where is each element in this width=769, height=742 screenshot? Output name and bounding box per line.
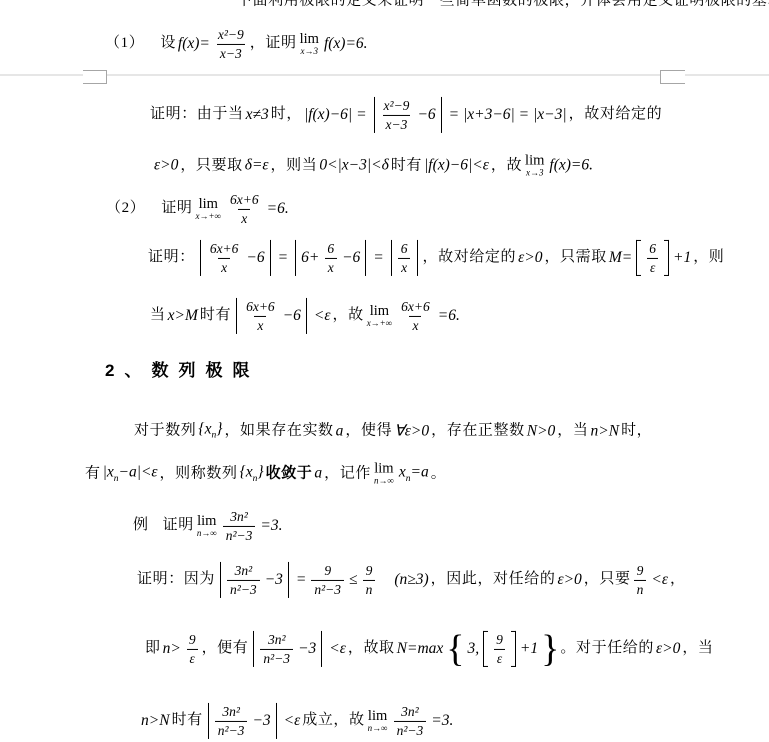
absolute-value-group: 3n² n²−3 −3 [217, 562, 292, 598]
item-1-statement: （1） 设 f(x)= x²−9 x−3 ，证明 lim x→3 f(x)=6. [105, 26, 370, 62]
fraction-numerator: 6 [398, 240, 411, 258]
bold-term: 收敛于 [266, 465, 313, 482]
fraction-denominator: x [325, 258, 337, 277]
fraction-denominator: x [218, 258, 230, 277]
math-text: M= [609, 249, 632, 267]
lim-word: lim [525, 154, 544, 169]
cn-text: ，只要取 [180, 157, 242, 174]
cn-text: ，当 [682, 640, 713, 657]
fraction-denominator: n²−3 [215, 721, 248, 740]
fraction: 3n² n²−3 [394, 703, 427, 739]
math-part: {x [198, 420, 211, 437]
cn-text: 证明 [163, 517, 194, 534]
abs-bar-right [276, 703, 277, 739]
math-text: |f(x)−6|<ε [424, 157, 489, 175]
fraction-denominator: n²−3 [223, 526, 256, 545]
fraction-denominator: n²−3 [227, 580, 260, 599]
abs-bar-right [321, 631, 322, 667]
fraction: 3n² n²−3 [215, 703, 248, 739]
cn-text: ，则 [693, 249, 724, 266]
math-part: {x [240, 463, 253, 480]
fraction-denominator: x−3 [383, 115, 411, 134]
absolute-value-group: 6x+6 x −6 [197, 240, 274, 276]
math-text: xn=a [399, 463, 429, 484]
margin-mark-right [660, 70, 685, 84]
item-2-statement: （2） 证明 lim x→+∞ 6x+6 x =6. [106, 191, 291, 227]
cn-text: 证明：由于当 [150, 106, 244, 123]
math-text: −3 [265, 571, 283, 589]
math-text: f(x)=6. [549, 157, 593, 175]
limit-operator: lim x→3 [525, 154, 544, 179]
cn-text: ，便有 [202, 640, 249, 657]
math-part: −a|<ε [119, 463, 158, 480]
math-part: } [216, 420, 222, 437]
lim-word: lim [300, 32, 319, 47]
math-text: {xn} [240, 463, 264, 484]
cn-text: ，存在正整数 [431, 422, 525, 439]
math-text: =6. [438, 307, 460, 325]
lim-subscript: x→+∞ [367, 319, 392, 328]
math-text: −6 [283, 307, 301, 325]
math-text: =6. [267, 200, 289, 218]
clipped-text: 下面利用极限的定义来证明一些简单函数的极限，并体会用定义证明极限的基本方法。 [237, 0, 769, 10]
math-text: 6+ [301, 249, 319, 267]
fraction: 9 n [634, 562, 647, 598]
fraction-numerator: 6x+6 [207, 240, 242, 258]
cn-text: 时有 [172, 712, 203, 729]
math-text: ε>0 [656, 640, 680, 658]
fraction: 9 n²−3 [311, 562, 344, 598]
abs-bar-left [374, 97, 375, 133]
math-text: −3 [252, 712, 270, 730]
math-text: ε>0 [518, 249, 542, 267]
fraction-denominator: x−3 [217, 44, 245, 63]
absolute-value-group: 3n² n²−3 −3 [205, 703, 280, 739]
math-text: = [278, 249, 288, 267]
math-text: a [336, 422, 344, 440]
fraction-denominator: x [254, 316, 266, 335]
page-break-line [0, 74, 769, 76]
cn-text: ，则当 [271, 157, 318, 174]
fraction-numerator: 3n² [227, 508, 251, 526]
math-text: +1 [673, 249, 691, 267]
math-text: N>0 [527, 422, 556, 440]
fraction-numerator: 3n² [219, 703, 243, 721]
absolute-value-group: x²−9 x−3 −6 [371, 97, 445, 133]
math-text: a [314, 465, 322, 483]
fraction-numerator: 6 [646, 240, 659, 258]
abs-bar-right [417, 240, 418, 276]
section-heading-text: 2、数列极限 [105, 361, 259, 381]
lim-word: lim [374, 462, 393, 477]
absolute-value-group: 6x+6 x −6 [233, 298, 310, 334]
lim-subscript: x→3 [301, 47, 319, 56]
absolute-value-group: 6 x [388, 240, 421, 276]
lim-subscript: x→+∞ [196, 212, 221, 221]
cn-text: 证明： [148, 249, 195, 266]
math-text: <ε [329, 640, 346, 658]
math-text: |f(x)−6| = [304, 106, 367, 124]
cn-text: 时有 [200, 307, 231, 324]
math-text: −6 [417, 106, 435, 124]
fraction: x²−9 x−3 [215, 26, 247, 62]
fraction-denominator: n [363, 580, 376, 599]
math-text: <ε [651, 571, 668, 589]
math-text: =3. [431, 712, 453, 730]
abs-bar-left [391, 240, 392, 276]
cn-text: 。 [431, 465, 447, 482]
fraction: 9 ε [186, 631, 199, 667]
fraction: 3n² n²−3 [227, 562, 260, 598]
math-text: n>N [591, 422, 620, 440]
fraction-denominator: x [409, 316, 421, 335]
abs-bar-left [200, 240, 201, 276]
cn-text: ，记作 [324, 465, 371, 482]
math-text: {xn} [198, 420, 222, 441]
abs-bar-right [365, 240, 366, 276]
cn-text: 证明：因为 [137, 571, 215, 588]
limit-operator: lim x→+∞ [367, 304, 392, 329]
math-text: 0<|x−3|<δ [319, 157, 389, 175]
proof2-line1: 证明： 6x+6 x −6 = 6+ 6 x −6 = 6 x [148, 240, 724, 276]
math-part: =a [411, 463, 429, 480]
proof3-line3: n>N 时有 3n² n²−3 −3 <ε 成立，故 lim n→∞ 3n² n… [139, 703, 455, 739]
fraction-denominator: ε [647, 258, 658, 277]
cn-text: 成立，故 [302, 712, 364, 729]
fraction-numerator: 6 [324, 240, 337, 258]
lim-word: lim [197, 514, 216, 529]
math-text: −6 [342, 249, 360, 267]
fraction: 6 x [324, 240, 337, 276]
fraction: x²−9 x−3 [381, 97, 413, 133]
abs-bar-right [288, 562, 289, 598]
math-part: x [399, 463, 406, 480]
fraction-denominator: n²−3 [311, 580, 344, 599]
fraction-numerator: x²−9 [215, 26, 247, 44]
fraction: 6x+6 x [207, 240, 242, 276]
math-text: (n≥3) [394, 571, 428, 589]
cn-text: ，故取 [348, 640, 395, 657]
limit-operator: lim n→∞ [374, 462, 394, 487]
fraction-numerator: 6x+6 [243, 298, 278, 316]
fraction: 9 n [363, 562, 376, 598]
cn-text: 有 [85, 465, 101, 482]
proof3-line1: 证明：因为 3n² n²−3 −3 = 9 n²−3 ≤ 9 n (n≥3) ，… [137, 562, 686, 598]
math-text: n>N [141, 712, 170, 730]
abs-bar-left [295, 240, 296, 276]
math-text: ∀ε>0 [394, 422, 429, 440]
square-bracket-right [664, 240, 669, 276]
fraction-numerator: x²−9 [381, 97, 413, 115]
proof3-line2: 即 n> 9 ε ，便有 3n² n²−3 −3 <ε ，故取 N=max { … [145, 631, 714, 667]
cn-text: 。对于任给的 [560, 640, 654, 657]
fraction-numerator: 9 [493, 631, 506, 649]
fraction-denominator: n²−3 [260, 649, 293, 668]
math-text: δ=ε [245, 157, 269, 175]
math-text: n> [163, 640, 181, 658]
cn-text: ，故 [332, 307, 363, 324]
fraction-numerator: 9 [186, 631, 199, 649]
document-page[interactable]: 下面利用极限的定义来证明一些简单函数的极限，并体会用定义证明极限的基本方法。 （… [0, 0, 769, 742]
math-part: } [257, 463, 263, 480]
fraction-numerator: 6x+6 [227, 191, 262, 209]
fraction-denominator: x [398, 258, 410, 277]
math-text: f(x)=6. [324, 35, 368, 53]
proof2-line2: 当 x>M 时有 6x+6 x −6 <ε ，故 lim x→+∞ 6x+6 x… [150, 298, 462, 334]
abs-bar-left [208, 703, 209, 739]
lim-word: lim [199, 197, 218, 212]
definition-line2: 有 |xn−a|<ε ，则称数列 {xn} 收敛于 a ，记作 lim n→∞ … [85, 462, 446, 487]
abs-bar-right [270, 240, 271, 276]
fraction-numerator: 3n² [232, 562, 256, 580]
cn-text: ， [670, 571, 686, 588]
cn-text: ，只要 [584, 571, 631, 588]
fraction: 6x+6 x [398, 298, 433, 334]
limit-operator: lim n→∞ [197, 514, 217, 539]
square-bracket-left [636, 240, 641, 276]
absolute-value-group: 3n² n²−3 −3 [250, 631, 325, 667]
section-heading: 2、数列极限 [105, 361, 259, 381]
fraction-numerator: 3n² [265, 631, 289, 649]
fraction-numerator: 6x+6 [398, 298, 433, 316]
fraction-denominator: x [238, 209, 250, 228]
lim-word: lim [368, 709, 387, 724]
item-number: （1） [105, 35, 144, 52]
fraction: 6x+6 x [243, 298, 278, 334]
cn-text: 设 [160, 35, 176, 52]
math-text: x>M [168, 307, 198, 325]
fraction: 3n² n²−3 [260, 631, 293, 667]
lim-subscript: x→3 [526, 169, 544, 178]
cn-text: 证明 [161, 200, 192, 217]
proof1-line1: 证明：由于当 x≠3 时， |f(x)−6| = x²−9 x−3 −6 = |… [150, 97, 662, 133]
floor-bracket-group: 9 ε [483, 631, 516, 667]
example-statement: 例 证明 lim n→∞ 3n² n²−3 =3. [133, 508, 285, 544]
cn-text: ，如果存在实数 [224, 422, 333, 439]
fraction: 3n² n²−3 [223, 508, 256, 544]
math-text: f(x)= [178, 35, 210, 53]
math-text: −6 [246, 249, 264, 267]
definition-line1: 对于数列 {xn} ，如果存在实数 a ，使得 ∀ε>0 ，存在正整数 N>0 … [134, 420, 652, 441]
limit-operator: lim x→3 [300, 32, 319, 57]
cn-text: 时， [621, 422, 652, 439]
item-number: （2） [106, 200, 145, 217]
fraction-denominator: ε [187, 649, 198, 668]
abs-bar-right [441, 97, 442, 133]
proof1-line2: ε>0 ，只要取 δ=ε ，则当 0<|x−3|<δ 时有 |f(x)−6|<ε… [152, 154, 595, 179]
math-text: ≤ [349, 571, 358, 589]
fraction-numerator: 9 [321, 562, 334, 580]
lim-subscript: n→∞ [374, 477, 394, 486]
cn-text: ，故 [491, 157, 522, 174]
math-text: = [373, 249, 383, 267]
math-text: = |x+3−6| = |x−3| [449, 106, 567, 124]
math-text: 3, [468, 640, 480, 658]
fraction-denominator: n²−3 [394, 721, 427, 740]
fraction: 6 x [398, 240, 411, 276]
abs-bar-left [220, 562, 221, 598]
abs-bar-left [253, 631, 254, 667]
math-text: = [296, 571, 306, 589]
cn-text: 时有 [391, 157, 422, 174]
math-text: <ε [314, 307, 331, 325]
abs-bar-left [236, 298, 237, 334]
fraction: 9 ε [493, 631, 506, 667]
cn-text: ，证明 [250, 35, 297, 52]
cn-text: 时， [271, 106, 302, 123]
math-part: |x [103, 463, 114, 480]
math-text: N=max [397, 640, 444, 658]
square-bracket-right [511, 631, 516, 667]
math-text: |xn−a|<ε [103, 463, 158, 484]
left-curly-brace: { [446, 634, 464, 664]
fraction: 6 ε [646, 240, 659, 276]
abs-bar-right [306, 298, 307, 334]
math-text: ε>0 [154, 157, 178, 175]
lim-subscript: n→∞ [368, 724, 388, 733]
math-text: =3. [260, 517, 282, 535]
limit-operator: lim n→∞ [368, 709, 388, 734]
absolute-value-group: 6+ 6 x −6 [292, 240, 369, 276]
math-text: <ε [284, 712, 301, 730]
math-text: +1 [520, 640, 538, 658]
math-text: ε>0 [557, 571, 581, 589]
fraction-numerator: 3n² [398, 703, 422, 721]
limit-operator: lim x→+∞ [196, 197, 221, 222]
cn-text: ，则称数列 [160, 465, 238, 482]
cn-text: ，只需取 [544, 249, 606, 266]
math-text: −3 [298, 640, 316, 658]
cn-text: ，故对给定的 [423, 249, 517, 266]
right-curly-brace: } [541, 634, 559, 664]
cn-text: ，故对给定的 [569, 106, 663, 123]
fraction-numerator: 9 [363, 562, 376, 580]
fraction-denominator: n [634, 580, 647, 599]
square-bracket-left [483, 631, 488, 667]
cn-text: ，当 [557, 422, 588, 439]
math-text: x≠3 [246, 106, 269, 124]
fraction-numerator: 9 [634, 562, 647, 580]
example-label: 例 [133, 517, 149, 534]
lim-subscript: n→∞ [197, 529, 217, 538]
lim-word: lim [370, 304, 389, 319]
cn-text: 对于数列 [134, 422, 196, 439]
clipped-top-line: 下面利用极限的定义来证明一些简单函数的极限，并体会用定义证明极限的基本方法。 [237, 0, 769, 10]
cn-text: ，因此，对任给的 [431, 571, 556, 588]
floor-bracket-group: 6 ε [636, 240, 669, 276]
fraction: 6x+6 x [227, 191, 262, 227]
margin-mark-left [83, 70, 107, 84]
cn-text: 当 [150, 307, 166, 324]
cn-text: 即 [145, 640, 161, 657]
cn-text: ，使得 [345, 422, 392, 439]
fraction-denominator: ε [494, 649, 505, 668]
